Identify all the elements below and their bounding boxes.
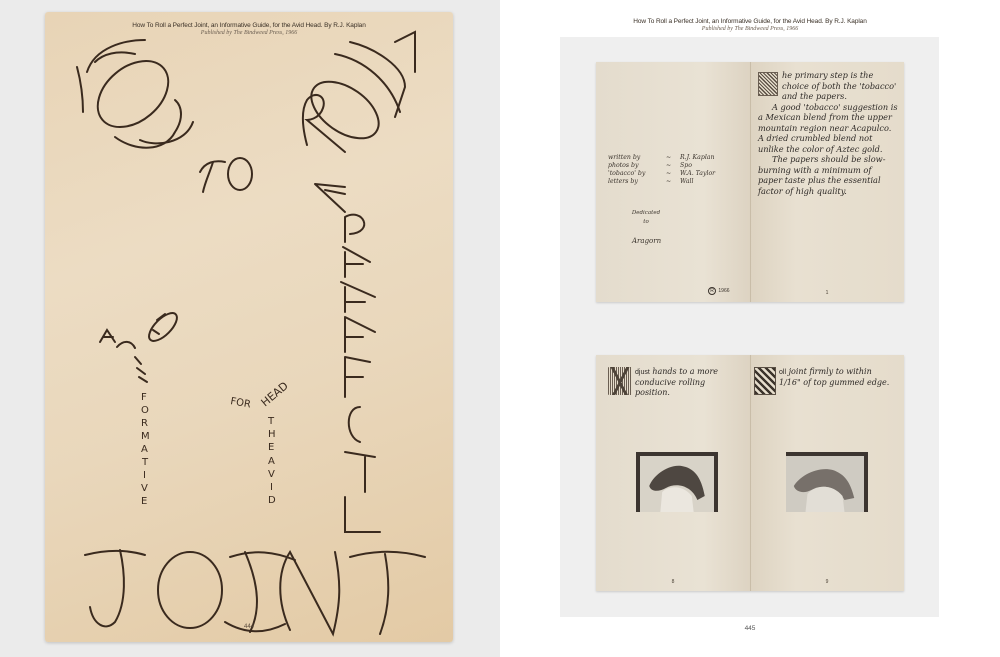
svg-text:V: V	[141, 483, 148, 494]
credit-name: W.A. Taylor	[680, 170, 715, 178]
credit-role: written by	[608, 154, 666, 162]
cover-lettering-illustration: F O R M A T I V E FOR HEAD T H E A V I D	[45, 12, 453, 642]
paragraph: The papers should be slow-burning with a…	[758, 154, 898, 196]
step-print-text: oll	[779, 369, 786, 376]
hands-rolling-photo-left	[636, 452, 718, 512]
photo-image	[640, 456, 714, 512]
credit-role: photos by	[608, 162, 666, 170]
credits-leaf: written by ~ R.J. Kaplan photos by ~ Spo…	[596, 62, 750, 302]
decorated-dropcap-r-icon	[754, 367, 776, 395]
decorated-dropcap-t-icon	[758, 72, 778, 96]
svg-text:I: I	[143, 470, 146, 481]
hands-rolling-photo-right	[786, 452, 868, 512]
credit-dash: ~	[666, 162, 680, 170]
svg-text:I: I	[270, 482, 273, 493]
svg-text:T: T	[141, 457, 149, 468]
svg-text:HEAD: HEAD	[259, 379, 291, 409]
credit-dash: ~	[666, 154, 680, 162]
decorated-dropcap-a-icon	[608, 367, 632, 395]
dedication-to: to	[596, 218, 696, 227]
dedication: Dedicated to	[596, 209, 696, 227]
spread-gutter	[750, 355, 751, 591]
credit-role: letters by	[608, 178, 666, 186]
booklet-spread-credits: written by ~ R.J. Kaplan photos by ~ Spo…	[596, 62, 904, 302]
svg-text:H: H	[268, 429, 276, 440]
step-script-text: joint firmly to within 1/16" of top gumm…	[779, 367, 889, 387]
caption-title-right: How To Roll a Perfect Joint, an Informat…	[500, 18, 1000, 25]
caption-publisher-right: Published by The Bindweed Press, 1966	[500, 26, 1000, 32]
photo-image	[786, 456, 864, 512]
copyright-year: 1966	[718, 288, 729, 294]
photo-plate: written by ~ R.J. Kaplan photos by ~ Spo…	[560, 37, 939, 617]
copyright-mark: R 1966	[708, 287, 730, 295]
page-number-left: 444	[45, 624, 453, 630]
registered-icon: R	[708, 287, 716, 295]
svg-text:D: D	[268, 495, 276, 506]
svg-text:E: E	[268, 442, 274, 453]
svg-text:T: T	[267, 416, 275, 427]
booklet-page-number: 1	[750, 290, 904, 296]
svg-text:FOR: FOR	[229, 396, 251, 410]
left-page: How To Roll a Perfect Joint, an Informat…	[0, 0, 500, 657]
dedication-label: Dedicated	[596, 209, 696, 218]
instructions-leaf-1: he primary step is the choice of both th…	[750, 62, 904, 302]
credit-dash: ~	[666, 170, 680, 178]
spread-gutter	[750, 62, 751, 302]
svg-text:R: R	[141, 418, 148, 429]
credit-name: Spo	[680, 162, 692, 170]
booklet-spread-steps: djust hands to a more conducive rolling …	[596, 355, 904, 591]
booklet-page-number: 8	[596, 579, 750, 585]
svg-text:A: A	[268, 456, 275, 467]
paragraph: he primary step is the choice of both th…	[758, 70, 898, 102]
credit-row: 'tobacco' by ~ W.A. Taylor	[608, 170, 748, 178]
page-number-right: 445	[500, 625, 1000, 632]
right-caption: How To Roll a Perfect Joint, an Informat…	[500, 18, 1000, 32]
adjust-step-text: djust hands to a more conducive rolling …	[608, 367, 738, 398]
svg-text:O: O	[141, 405, 149, 416]
dedicatee: Aragorn	[632, 237, 661, 245]
booklet-cover: How To Roll a Perfect Joint, an Informat…	[45, 12, 453, 642]
credit-name: Wall	[680, 178, 693, 186]
svg-text:V: V	[268, 469, 275, 480]
svg-text:E: E	[141, 496, 147, 507]
svg-text:M: M	[141, 431, 150, 442]
right-page: How To Roll a Perfect Joint, an Informat…	[500, 0, 1000, 657]
page-1-text: he primary step is the choice of both th…	[758, 70, 898, 196]
credit-row: letters by ~ Wall	[608, 178, 748, 186]
credit-row: photos by ~ Spo	[608, 162, 748, 170]
credits-list: written by ~ R.J. Kaplan photos by ~ Spo…	[608, 154, 748, 186]
roll-step-text: oll joint firmly to within 1/16" of top …	[754, 367, 894, 395]
credit-row: written by ~ R.J. Kaplan	[608, 154, 748, 162]
step-print-text: djust	[635, 369, 650, 376]
paragraph: A good 'tobacco' suggestion is a Mexican…	[758, 102, 898, 155]
svg-text:F: F	[141, 392, 147, 403]
credit-dash: ~	[666, 178, 680, 186]
credit-name: R.J. Kaplan	[680, 154, 714, 162]
booklet-page-number: 9	[750, 579, 904, 585]
svg-text:A: A	[141, 444, 148, 455]
credit-role: 'tobacco' by	[608, 170, 666, 178]
